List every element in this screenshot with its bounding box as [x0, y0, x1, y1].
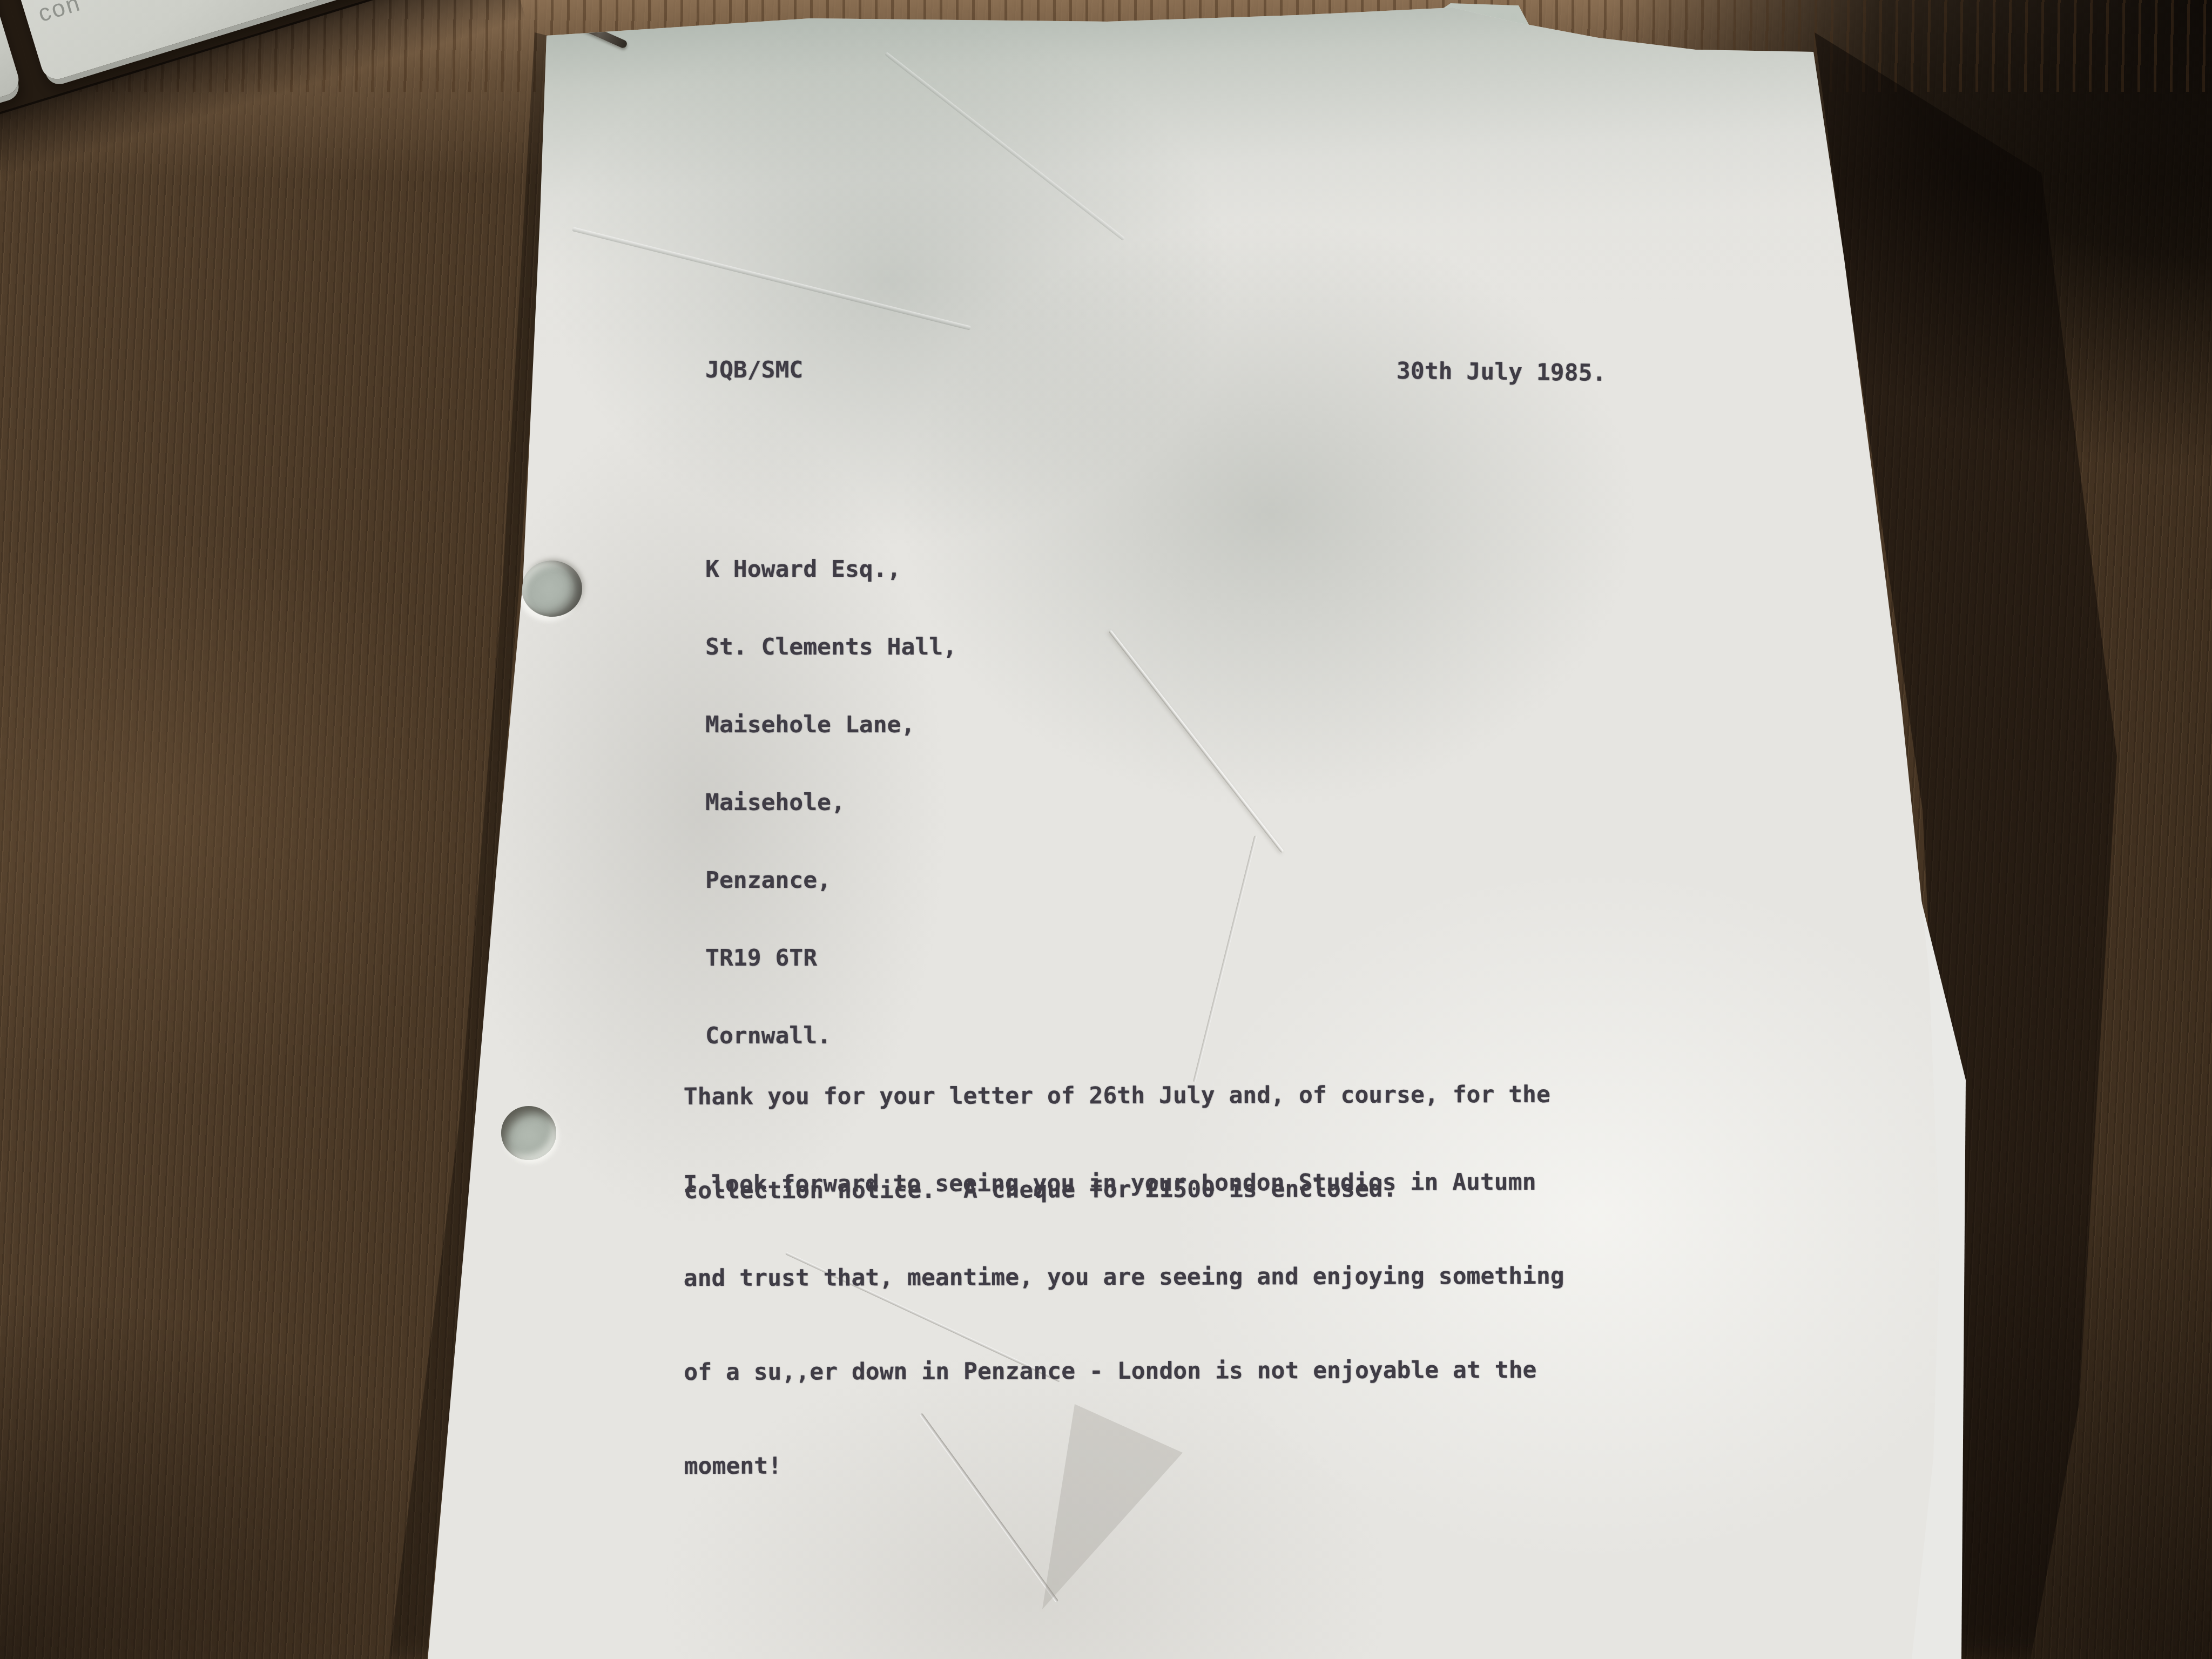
address-line: TR19 6TR — [705, 945, 957, 971]
body-line: I look forward to seeing you in your Lon… — [683, 1166, 1564, 1200]
photo-of-letter-on-desk: con JQB/SMC 30th July 1985. K Howard Esq… — [0, 0, 2212, 1659]
key-label: con — [35, 0, 84, 28]
letter-reference: JQB/SMC — [705, 356, 803, 383]
recipient-address: K Howard Esq., St. Clements Hall, Maiseh… — [705, 504, 957, 1101]
address-line: Maisehole Lane, — [705, 712, 957, 738]
paper-crease — [1109, 630, 1284, 853]
punch-hole-bottom — [501, 1106, 556, 1160]
address-line: K Howard Esq., — [705, 556, 957, 582]
body-line: and trust that, meantime, you are seeing… — [684, 1260, 1564, 1294]
body-line: moment! — [684, 1448, 1565, 1482]
paper-crease — [572, 227, 971, 331]
body-line: of a su,,er down in Penzance - London is… — [684, 1354, 1564, 1388]
address-line: St. Clements Hall, — [705, 634, 957, 660]
address-line: Maisehole, — [705, 790, 957, 815]
letter-date: 30th July 1985. — [1397, 358, 1607, 387]
address-line: Penzance, — [705, 867, 957, 893]
body-paragraph-2: I look forward to seeing you in your Lon… — [683, 1104, 1565, 1545]
paper-crease — [885, 52, 1125, 241]
punch-hole-top — [522, 561, 582, 617]
